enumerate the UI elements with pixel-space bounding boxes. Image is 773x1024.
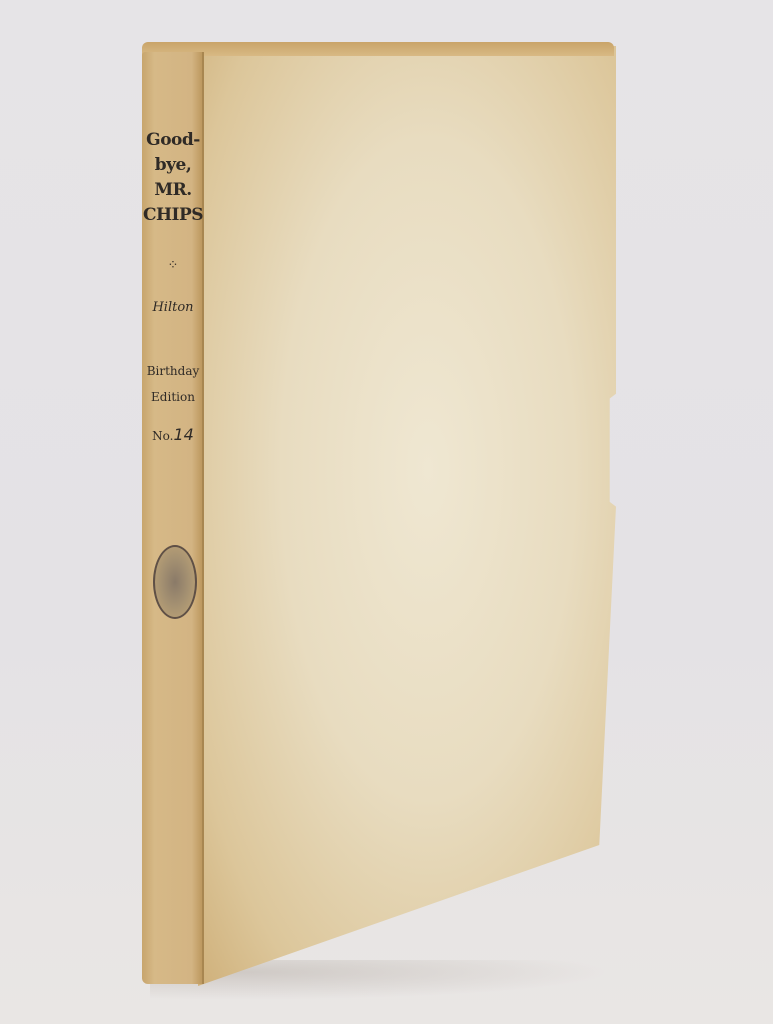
number-prefix: No. bbox=[152, 429, 173, 443]
spine-author: Hilton bbox=[142, 300, 204, 315]
spine-number: No.14 bbox=[142, 425, 204, 444]
book-cover bbox=[198, 46, 616, 986]
title-line: Good- bbox=[142, 128, 204, 153]
spine-edition: Birthday Edition bbox=[142, 358, 204, 410]
spine-title: Good- bye, MR. CHIPS bbox=[142, 128, 204, 228]
edition-line: Edition bbox=[142, 384, 204, 410]
title-line: CHIPS bbox=[142, 203, 204, 228]
publisher-seal-icon bbox=[153, 545, 197, 619]
book-top-edge bbox=[142, 42, 614, 56]
edition-line: Birthday bbox=[142, 358, 204, 384]
title-line: MR. bbox=[142, 178, 204, 203]
title-line: bye, bbox=[142, 153, 204, 178]
number-value: 14 bbox=[173, 425, 193, 444]
ornament-icon: ⁘ bbox=[142, 258, 204, 273]
